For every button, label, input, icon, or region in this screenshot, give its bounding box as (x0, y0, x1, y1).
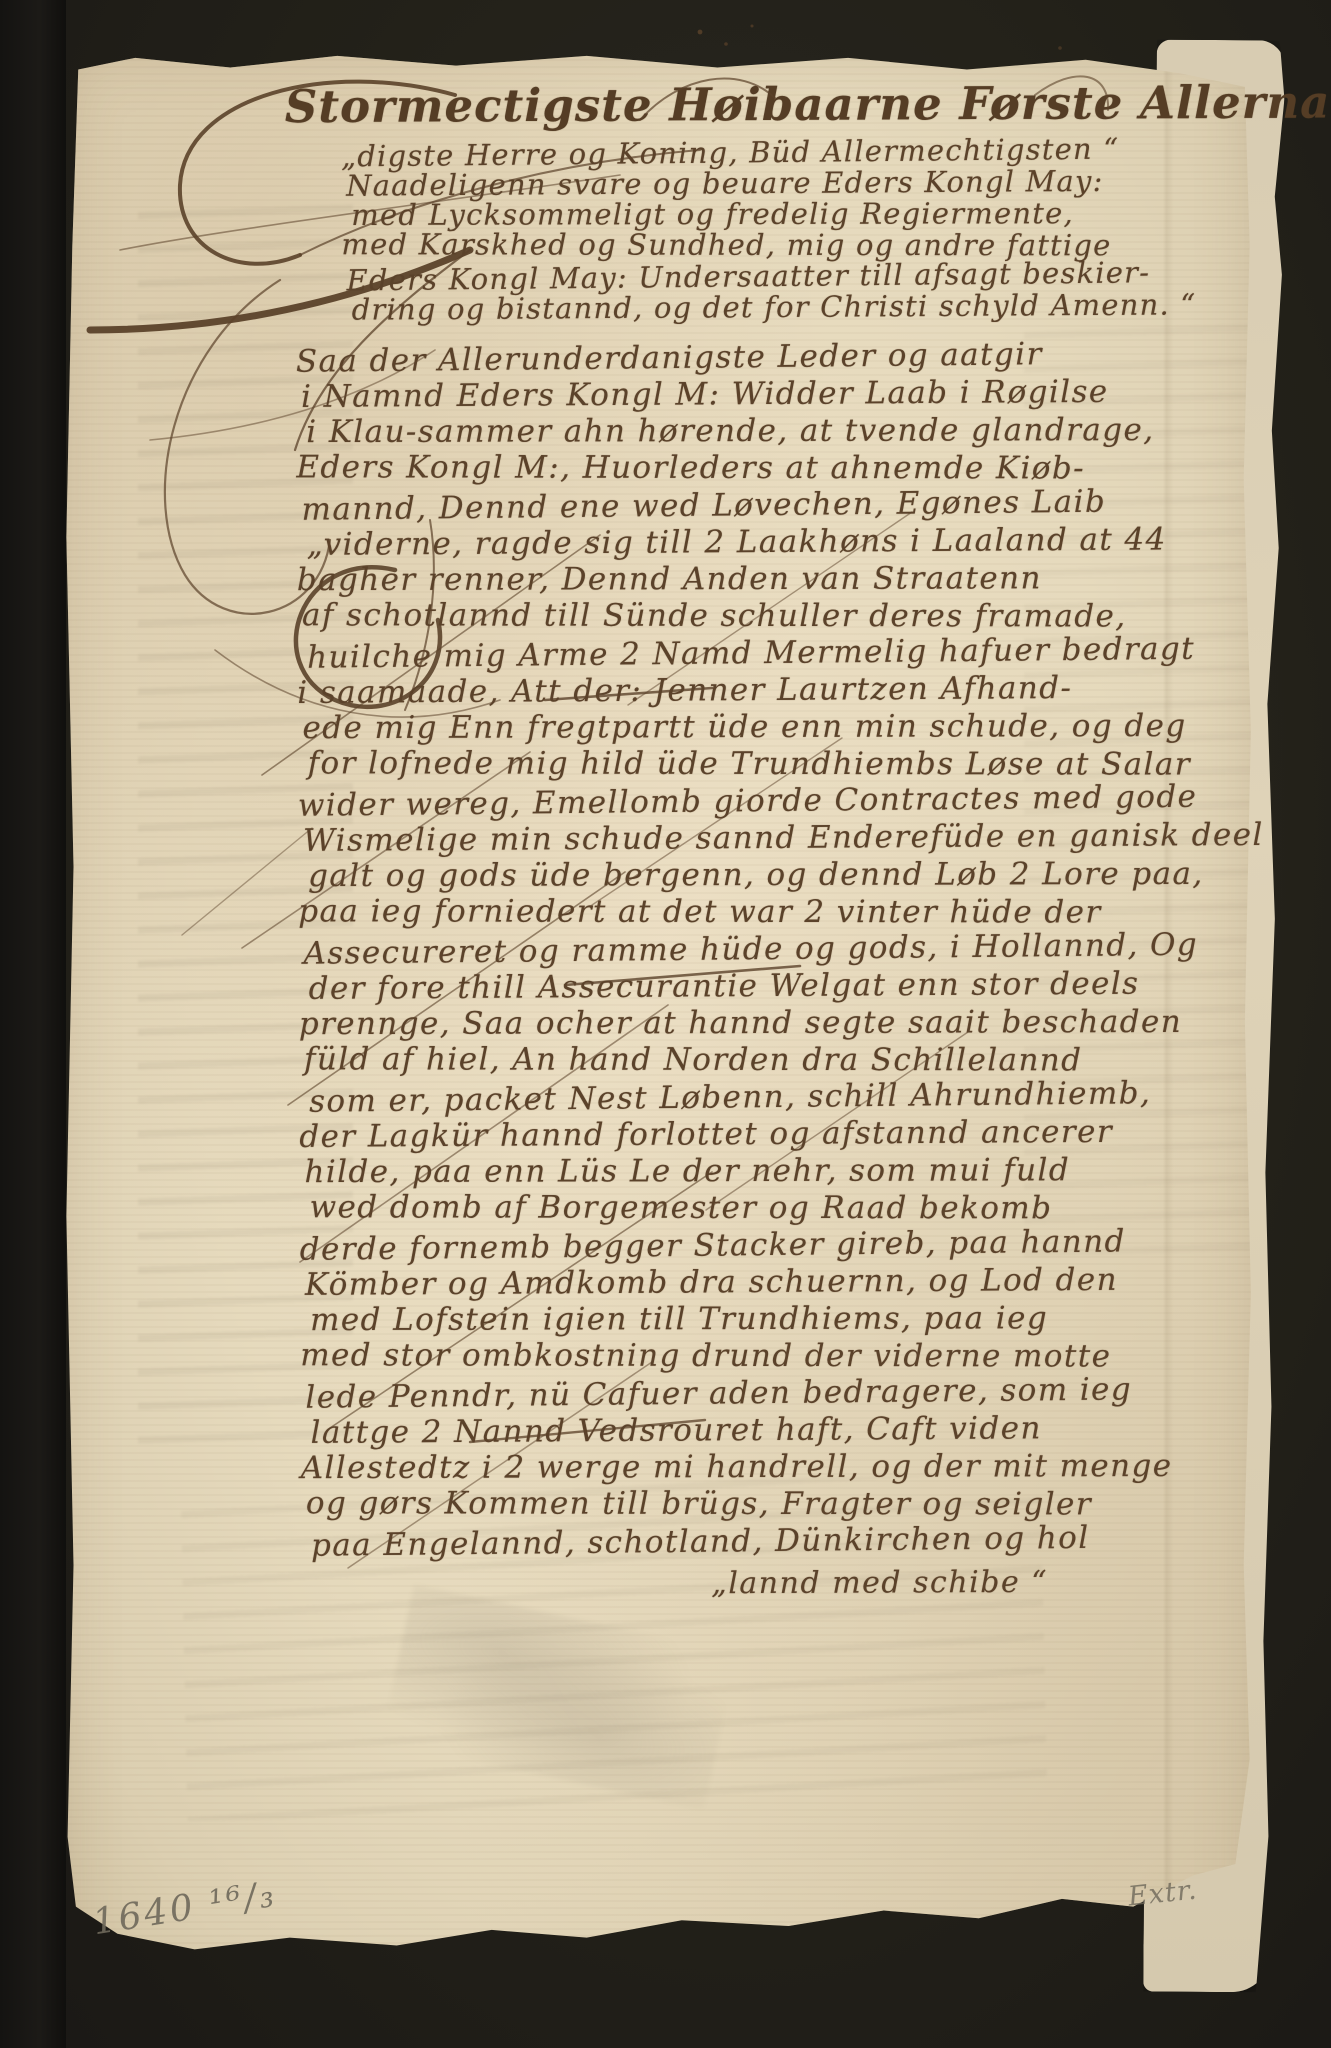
manuscript-line: der fore thill Assecurantie Welgat enn s… (309, 965, 1249, 1008)
paragraph: „digste Herre og Koning, Büd Allermechti… (341, 135, 1246, 325)
manuscript-line: „viderne, ragde sig till 2 Laakhøns i La… (307, 521, 1247, 564)
manuscript-line: Allestedtz i 2 werge mi handrell, og der… (301, 1448, 1251, 1487)
manuscript-line: af schotlannd till Sünde schuller deres … (302, 597, 1247, 635)
manuscript-line: lattge 2 Nannd Vedsrouret haft, Caft vid… (310, 1409, 1250, 1452)
manuscript-line: med Lycksommeligt og fredelig Regierment… (351, 198, 1245, 231)
manuscript-line: hilde, paa enn Lüs Le der nehr, som mui … (304, 1152, 1249, 1191)
closing-line: „lannd med schibe “ (711, 1564, 1251, 1601)
manuscript-line: ede mig Enn fregtpartt üde enn min schud… (302, 708, 1247, 747)
manuscript-line: dring og bistannd, og det for Christi sc… (352, 289, 1246, 326)
paragraph: Saa der Allerunderdanigste Leder og aatg… (296, 337, 1251, 1562)
ink-smudge (381, 1584, 737, 1809)
manuscript-line: og gørs Kommen till brügs, Fragter og se… (306, 1485, 1251, 1523)
manuscript-line: galt og gods üde bergenn, og dennd Løb 2… (308, 856, 1248, 895)
archive-photo: { "colors": { "background": "#232119", "… (0, 0, 1331, 2048)
manuscript-line: Eders Kongl M:, Huorleders at ahnemde Ki… (296, 449, 1246, 487)
manuscript-line: Wismelige min schude sannd Enderefüde en… (303, 817, 1248, 860)
manuscript-line: med stor ombkostning drund der viderne m… (300, 1337, 1250, 1375)
manuscript-line: paa ieg forniedert at det war 2 vinter h… (298, 893, 1248, 931)
manuscript-line: i Klau-sammer ahn hørende, at tvende gla… (306, 412, 1246, 451)
manuscript-line: Kömber og Amdkomb dra schuernn, og Lod d… (305, 1261, 1250, 1304)
manuscript-line: paa Engelannd, schotland, Dünkirchen og … (311, 1518, 1251, 1565)
manuscript-line: der Lagkür hannd forlottet og afstannd a… (299, 1113, 1249, 1156)
manuscript-line: füld af hiel, An hand Norden dra Schille… (304, 1041, 1249, 1079)
manuscript-line: i saamaade, Att der: Jenner Laurtzen Afh… (297, 669, 1247, 712)
binding-gutter (0, 0, 66, 2048)
manuscript-line: bagher renner, Dennd Anden van Straatenn (297, 560, 1247, 599)
paragraphs: „digste Herre og Koning, Büd Allermechti… (285, 135, 1251, 1562)
text-block: Stormectigste Høibaarne Første Allernaa … (285, 76, 1252, 1603)
heading-line: Stormectigste Høibaarne Første Allernaa (285, 76, 1245, 133)
manuscript-line: i Namnd Eders Kongl M: Widder Laab i Røg… (301, 373, 1246, 416)
manuscript-line: wed domb af Borgemester og Raad bekomb (310, 1189, 1250, 1227)
manuscript-line: prennge, Saa ocher at hannd segte saait … (299, 1004, 1249, 1043)
manuscript-line: for lofnede mig hild üde Trundhiembs Løs… (308, 745, 1248, 783)
manuscript-line: med Lofstein igien till Trundhiems, paa … (310, 1300, 1250, 1339)
